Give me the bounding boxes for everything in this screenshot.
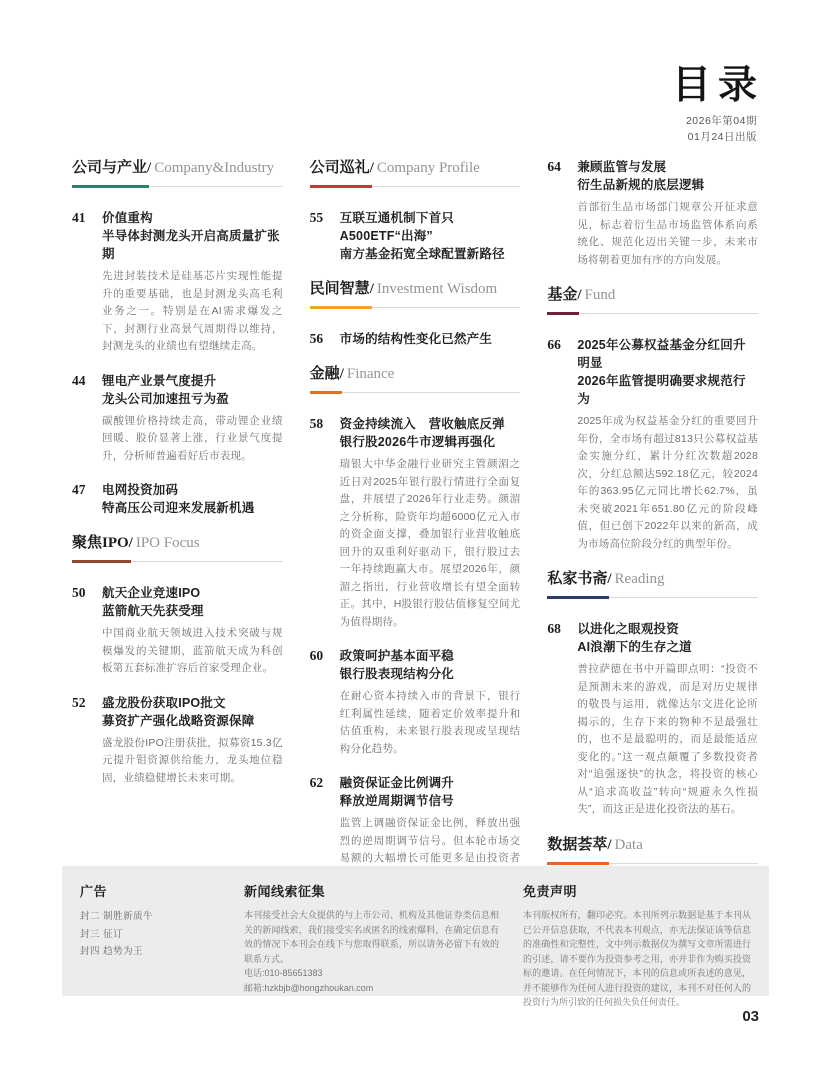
entry-title-line-2: 银行股2026牛市逻辑再强化 bbox=[340, 433, 521, 451]
section-title-en: Finance bbox=[347, 366, 394, 382]
entry-title-line-2: 释放逆周期调节信号 bbox=[340, 792, 521, 810]
section-title-zh: 基金/ bbox=[547, 287, 581, 303]
entry-title-line-2: 2026年监管提明确要求规范行为 bbox=[577, 372, 758, 408]
section-title: 数据荟萃/Data bbox=[547, 835, 758, 855]
footer-disclaimer-title: 免责声明 bbox=[523, 881, 751, 900]
toc-entry-68: 68以进化之眼观投资AI浪潮下的生存之道普拉萨德在书中开篇即点明：“投资不是预测… bbox=[547, 620, 758, 819]
entry-title-line-2: 衍生品新规的底层逻辑 bbox=[577, 176, 758, 194]
entry-summary: 在耐心资本持续入市的背景下，银行红利属性延续，随着定价效率提升和估值重构，未来银… bbox=[340, 688, 521, 758]
section-title-zh-text: 金融 bbox=[310, 366, 340, 382]
page-footer: 广告 封二 制胜新质牛 封三 征订 封四 趋势为王 新闻线索征集 本刊接受社会大… bbox=[62, 866, 769, 996]
toc-entry-41: 41价值重构半导体封测龙头开启高质量扩张期先进封装技术是硅基芯片实现性能提升的重… bbox=[72, 209, 283, 356]
entry-page-number: 64 bbox=[547, 158, 573, 269]
toc-entry-55: 55互联互通机制下首只A500ETF“出海”南方基金拓宽全球配置新路径 bbox=[310, 209, 521, 263]
entry-title-line-2: 南方基金拓宽全球配置新路径 bbox=[340, 245, 521, 263]
entry-content: 政策呵护基本面平稳银行股表现结构分化在耐心资本持续入市的背景下，银行红利属性延续… bbox=[336, 647, 521, 758]
section-title-en: Investment Wisdom bbox=[377, 281, 497, 297]
entry-title-line-1: 航天企业竞速IPO bbox=[102, 584, 283, 602]
section-underline-accent bbox=[547, 862, 609, 865]
entry-summary: 中国商业航天领域进入技术突破与规模爆发的关键期，蓝箭航天成为科创板第五套标准扩容… bbox=[102, 625, 283, 678]
section-header-company-industry: 公司与产业/Company&Industry bbox=[72, 158, 283, 189]
section-title-zh-text: 公司与产业 bbox=[72, 160, 147, 176]
section-title: 金融/Finance bbox=[310, 364, 521, 384]
entry-summary: 先进封装技术是硅基芯片实现性能提升的重要基础，也是封测龙头高毛利业务之一。特别是… bbox=[102, 268, 283, 356]
toc-column-3: 64兼顾监管与发展衍生品新规的底层逻辑首部衍生品市场部门规章公开征求意见，标志着… bbox=[547, 158, 758, 902]
toc-entry-52: 52盛龙股份获取IPO批文募资扩产强化战略资源保障盛龙股份IPO注册获批，拟募资… bbox=[72, 694, 283, 788]
entry-title-line-1: 兼顾监管与发展 bbox=[577, 158, 758, 176]
section-title-zh: 公司巡礼/ bbox=[310, 160, 374, 176]
section-underline bbox=[72, 560, 283, 564]
toc-entry-58: 58资金持续流入 营收触底反弹银行股2026牛市逻辑再强化瑞银大中华金融行业研究… bbox=[310, 415, 521, 631]
section-underline-accent bbox=[72, 185, 149, 188]
entry-page-number: 56 bbox=[310, 330, 336, 348]
entry-page-number: 60 bbox=[310, 647, 336, 758]
ad-item-cover3: 封三 征订 bbox=[80, 926, 220, 944]
section-title-en: IPO Focus bbox=[136, 535, 200, 551]
entry-title-line-2: 龙头公司加速扭亏为盈 bbox=[102, 390, 283, 408]
entry-title-line-1: 2025年公募权益基金分红回升明显 bbox=[577, 336, 758, 372]
entry-content: 以进化之眼观投资AI浪潮下的生存之道普拉萨德在书中开篇即点明：“投资不是预测未来… bbox=[573, 620, 758, 819]
section-underline-accent bbox=[547, 312, 579, 315]
entry-title-line-1: 盛龙股份获取IPO批文 bbox=[102, 694, 283, 712]
section-title-zh: 私家书斋/ bbox=[547, 571, 611, 587]
page-title: 目录 bbox=[672, 66, 764, 107]
footer-ads-title: 广告 bbox=[80, 881, 220, 900]
entry-summary: 2025年成为权益基金分红的重要回升年份，全市场有超过813只公募权益基金实施分… bbox=[577, 413, 758, 553]
section-title: 聚焦IPO/IPO Focus bbox=[72, 533, 283, 553]
section-underline bbox=[310, 306, 521, 310]
section-title-en: Data bbox=[615, 837, 643, 853]
section-header-data: 数据荟萃/Data bbox=[547, 835, 758, 866]
entry-content: 市场的结构性变化已然产生 bbox=[336, 330, 521, 348]
section-underline bbox=[547, 312, 758, 316]
entry-page-number: 44 bbox=[72, 372, 98, 466]
section-header-investment-wisdom: 民间智慧/Investment Wisdom bbox=[310, 279, 521, 310]
footer-ads-block: 广告 封二 制胜新质牛 封三 征订 封四 趋势为王 bbox=[80, 881, 220, 981]
section-header-ipo-focus: 聚焦IPO/IPO Focus bbox=[72, 533, 283, 564]
section-title-zh: 金融/ bbox=[310, 366, 344, 382]
entry-title-line-1: 资金持续流入 营收触底反弹 bbox=[340, 415, 521, 433]
footer-disclaimer-block: 免责声明 本刊版权所有，翻印必究。本刊所列示数据是基于本刊从已公开信息获取，不代… bbox=[523, 881, 751, 981]
page-header: 目录 2026年第04期 01月24日出版 bbox=[672, 66, 757, 145]
entry-page-number: 66 bbox=[547, 336, 573, 553]
entry-content: 2025年公募权益基金分红回升明显2026年监管提明确要求规范行为2025年成为… bbox=[573, 336, 758, 553]
entry-page-number: 55 bbox=[310, 209, 336, 263]
section-underline bbox=[547, 862, 758, 866]
section-header-reading: 私家书斋/Reading bbox=[547, 569, 758, 600]
section-underline-accent bbox=[547, 596, 609, 599]
toc-columns: 公司与产业/Company&Industry41价值重构半导体封测龙头开启高质量… bbox=[72, 158, 758, 902]
entry-page-number: 41 bbox=[72, 209, 98, 356]
entry-content: 航天企业竞速IPO蓝箭航天先获受理中国商业航天领域进入技术突破与规模爆发的关键期… bbox=[98, 584, 283, 678]
ad-item-cover4: 封四 趋势为王 bbox=[80, 943, 220, 961]
section-title-zh-text: 数据荟萃 bbox=[547, 837, 607, 853]
footer-phone: 电话:010-85651383 bbox=[244, 966, 499, 981]
section-title-zh-text: 民间智慧 bbox=[310, 281, 370, 297]
toc-column-1: 公司与产业/Company&Industry41价值重构半导体封测龙头开启高质量… bbox=[72, 158, 283, 902]
entry-summary: 普拉萨德在书中开篇即点明：“投资不是预测未来的游戏，而是对历史规律的敬畏与运用，… bbox=[577, 661, 758, 819]
section-title-zh-text: 公司巡礼 bbox=[310, 160, 370, 176]
toc-entry-44: 44锂电产业景气度提升龙头公司加速扭亏为盈碳酸锂价格持续走高，带动锂企业绩回暖、… bbox=[72, 372, 283, 466]
entry-content: 电网投资加码特高压公司迎来发展新机遇 bbox=[98, 481, 283, 517]
section-header-company-profile: 公司巡礼/Company Profile bbox=[310, 158, 521, 189]
entry-summary: 盛龙股份IPO注册获批，拟募资15.3亿元提升钼资源供给能力，龙头地位稳固，业绩… bbox=[102, 735, 283, 788]
section-title: 私家书斋/Reading bbox=[547, 569, 758, 589]
section-title-zh: 民间智慧/ bbox=[310, 281, 374, 297]
section-title-en: Reading bbox=[615, 571, 665, 587]
section-header-finance: 金融/Finance bbox=[310, 364, 521, 395]
section-underline bbox=[310, 391, 521, 395]
section-title-zh: 聚焦IPO/ bbox=[72, 535, 133, 551]
section-title-zh-text: 基金 bbox=[547, 287, 577, 303]
entry-title-line-1: 市场的结构性变化已然产生 bbox=[340, 330, 521, 348]
issue-number: 2026年第04期 bbox=[672, 113, 757, 129]
section-title-zh-text: 私家书斋 bbox=[547, 571, 607, 587]
footer-email: 邮箱:hzkbjb@hongzhoukan.com bbox=[244, 981, 499, 996]
entry-content: 盛龙股份获取IPO批文募资扩产强化战略资源保障盛龙股份IPO注册获批，拟募资15… bbox=[98, 694, 283, 788]
entry-title-line-2: 银行股表现结构分化 bbox=[340, 665, 521, 683]
toc-entry-60: 60政策呵护基本面平稳银行股表现结构分化在耐心资本持续入市的背景下，银行红利属性… bbox=[310, 647, 521, 758]
section-title-zh: 数据荟萃/ bbox=[547, 837, 611, 853]
entry-title-line-2: 蓝箭航天先获受理 bbox=[102, 602, 283, 620]
entry-title-line-1: 以进化之眼观投资 bbox=[577, 620, 758, 638]
entry-content: 兼顾监管与发展衍生品新规的底层逻辑首部衍生品市场部门规章公开征求意见，标志着衍生… bbox=[573, 158, 758, 269]
section-title-en: Company Profile bbox=[377, 160, 480, 176]
toc-entry-47: 47电网投资加码特高压公司迎来发展新机遇 bbox=[72, 481, 283, 517]
entry-page-number: 58 bbox=[310, 415, 336, 631]
entry-content: 互联互通机制下首只A500ETF“出海”南方基金拓宽全球配置新路径 bbox=[336, 209, 521, 263]
section-underline-accent bbox=[310, 185, 372, 188]
entry-summary: 碳酸锂价格持续走高，带动锂企业绩回暖、股价显著上涨，行业景气度提升，分析师普遍看… bbox=[102, 413, 283, 466]
ad-item-cover2: 封二 制胜新质牛 bbox=[80, 908, 220, 926]
entry-page-number: 50 bbox=[72, 584, 98, 678]
toc-entry-64: 64兼顾监管与发展衍生品新规的底层逻辑首部衍生品市场部门规章公开征求意见，标志着… bbox=[547, 158, 758, 269]
toc-entry-50: 50航天企业竞速IPO蓝箭航天先获受理中国商业航天领域进入技术突破与规模爆发的关… bbox=[72, 584, 283, 678]
section-title: 公司巡礼/Company Profile bbox=[310, 158, 521, 178]
entry-content: 锂电产业景气度提升龙头公司加速扭亏为盈碳酸锂价格持续走高，带动锂企业绩回暖、股价… bbox=[98, 372, 283, 466]
footer-news-body: 本刊接受社会大众提供的与上市公司、机构及其他证券类信息相关的新闻线索，我们接受实… bbox=[244, 908, 499, 966]
entry-title-line-2: 募资扩产强化战略资源保障 bbox=[102, 712, 283, 730]
entry-page-number: 47 bbox=[72, 481, 98, 517]
section-underline bbox=[72, 185, 283, 189]
footer-news-tips-block: 新闻线索征集 本刊接受社会大众提供的与上市公司、机构及其他证券类信息相关的新闻线… bbox=[244, 881, 499, 981]
section-underline bbox=[547, 596, 758, 600]
toc-entry-66: 662025年公募权益基金分红回升明显2026年监管提明确要求规范行为2025年… bbox=[547, 336, 758, 553]
section-underline bbox=[310, 185, 521, 189]
footer-disclaimer-body: 本刊版权所有，翻印必究。本刊所列示数据是基于本刊从已公开信息获取，不代表本刊观点… bbox=[523, 908, 751, 1010]
entry-summary: 首部衍生品市场部门规章公开征求意见，标志着衍生品市场监管体系向系统化、规范化迈出… bbox=[577, 199, 758, 269]
entry-summary: 瑞银大中华金融行业研究主管颜湄之近日对2025年银行股行情进行全面复盘，并展望了… bbox=[340, 456, 521, 631]
entry-title-line-1: 政策呵护基本面平稳 bbox=[340, 647, 521, 665]
magazine-toc-page: { "header": { "title": "目录", "issue": "2… bbox=[0, 0, 831, 1067]
section-title: 基金/Fund bbox=[547, 285, 758, 305]
toc-entry-56: 56市场的结构性变化已然产生 bbox=[310, 330, 521, 348]
entry-title-line-2: 特高压公司迎来发展新机遇 bbox=[102, 499, 283, 517]
entry-title-line-1: 电网投资加码 bbox=[102, 481, 283, 499]
entry-title-line-1: 价值重构 bbox=[102, 209, 283, 227]
section-title-en: Fund bbox=[585, 287, 616, 303]
section-underline-accent bbox=[310, 306, 372, 309]
page-number: 03 bbox=[742, 1008, 759, 1025]
section-title-zh-text: 聚焦IPO bbox=[72, 535, 129, 551]
footer-news-title: 新闻线索征集 bbox=[244, 881, 499, 900]
toc-column-2: 公司巡礼/Company Profile55互联互通机制下首只A500ETF“出… bbox=[310, 158, 521, 902]
entry-content: 资金持续流入 营收触底反弹银行股2026牛市逻辑再强化瑞银大中华金融行业研究主管… bbox=[336, 415, 521, 631]
entry-content: 价值重构半导体封测龙头开启高质量扩张期先进封装技术是硅基芯片实现性能提升的重要基… bbox=[98, 209, 283, 356]
publish-date: 01月24日出版 bbox=[672, 129, 757, 145]
entry-title-line-2: AI浪潮下的生存之道 bbox=[577, 638, 758, 656]
entry-title-line-2: 半导体封测龙头开启高质量扩张期 bbox=[102, 227, 283, 263]
entry-title-line-1: 锂电产业景气度提升 bbox=[102, 372, 283, 390]
entry-page-number: 68 bbox=[547, 620, 573, 819]
entry-page-number: 52 bbox=[72, 694, 98, 788]
section-title-zh: 公司与产业/ bbox=[72, 160, 151, 176]
entry-title-line-1: 互联互通机制下首只A500ETF“出海” bbox=[340, 209, 521, 245]
section-header-fund: 基金/Fund bbox=[547, 285, 758, 316]
section-title-en: Company&Industry bbox=[154, 160, 274, 176]
section-title: 公司与产业/Company&Industry bbox=[72, 158, 283, 178]
section-title: 民间智慧/Investment Wisdom bbox=[310, 279, 521, 299]
section-underline-accent bbox=[72, 560, 131, 563]
section-underline-accent bbox=[310, 391, 342, 394]
entry-title-line-1: 融资保证金比例调升 bbox=[340, 774, 521, 792]
